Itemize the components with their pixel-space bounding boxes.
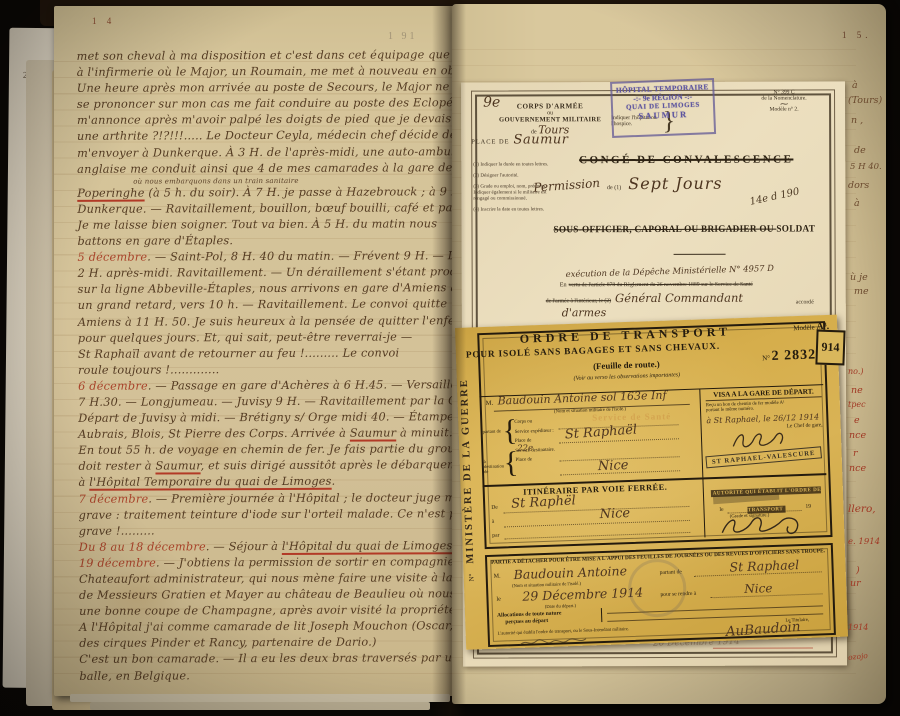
diary-text-segment: 7 décembre	[79, 492, 149, 505]
handwriting-fragment: dors	[848, 180, 869, 191]
diary-text-segment: à l'infirmerie où le Major, un Roumain, …	[77, 64, 460, 79]
diary-text-segment: .	[332, 475, 336, 488]
printed-914-fragment: 914	[815, 330, 845, 366]
diary-text-segment: Dunkerque. — Ravitaillement, bouillon, b…	[77, 201, 460, 216]
diary-text-segment: l'Hôpital du quai de Limoges	[282, 539, 453, 553]
diary-line: un grand retard, vers 10 h. — Ravitaille…	[78, 297, 460, 315]
faint-stamp-number: 1 91	[388, 31, 418, 42]
handwriting-fragment: e. 1914	[848, 537, 880, 547]
diary-line: 6 décembre. — Passage en gare d'Achères …	[78, 377, 460, 395]
diary-line: 2 H. après-midi. Ravitaillement. — Un dé…	[78, 264, 460, 282]
transport-order-form: MINISTÈRE DE LA GUERRE N° ORDRE DE TRANS…	[455, 315, 848, 650]
diary-line: se prononcer sur mon cas me fait conduir…	[77, 95, 460, 113]
diary-text-segment: . — Saint-Pol, 8 H. 40 du matin. — Fréve…	[147, 249, 460, 263]
diary-text-segment: sur la ligne Abbeville-Étaples, nous arr…	[78, 281, 460, 296]
diary-text-segment: se prononcer sur mon cas me fait conduir…	[77, 96, 460, 111]
partant-de-label: partant de	[483, 428, 505, 434]
handwriting-fragment: no.)	[848, 367, 864, 376]
diary-line: balle, en Belgique.	[79, 667, 460, 685]
handwriting-fragment: nce	[849, 430, 866, 441]
m-label: M.	[486, 400, 494, 407]
diary-text-segment: 19 décembre	[79, 556, 156, 569]
itinerary-to-handwritten: Nice	[599, 506, 630, 522]
handwriting-fragment: e	[854, 415, 860, 426]
diary-line: Départ de Juvisy à midi. — Brétigny s/ O…	[78, 409, 460, 427]
handwriting-fragment: à	[854, 198, 860, 209]
handwriting-fragment: ur	[850, 578, 861, 589]
diary-line: En tout 55 h. de voyage en chemin de fer…	[78, 441, 460, 459]
de-label: de (1)	[607, 185, 621, 191]
handwriting-fragment: (Tours)	[848, 95, 882, 106]
diary-text-segment: une bonne coupe de Champagne, après avoi…	[79, 603, 460, 618]
authority-signature	[718, 512, 807, 544]
margin-note: (1) Indiquer la durée en toutes lettres.	[473, 162, 553, 168]
margin-note: (4) Inscrire la date en toutes lettres.	[473, 207, 553, 213]
diary-text-segment: 7 H.30. — Longjumeau. — Juvisy 9 H. — Ra…	[78, 394, 460, 409]
handwriting-fragment: )	[856, 565, 860, 576]
diary-text-segment: une arthrite ?!?!!!..... Le Docteur Ceyl…	[77, 129, 457, 144]
diary-text-segment: C'est un bon camarade. — Il a eu les deu…	[79, 652, 460, 667]
diary-line: grave !.........	[79, 522, 460, 540]
diary-text-segment: pour quelques jours. Et, qui sait, peut-…	[78, 330, 413, 344]
grade-word: OU	[759, 224, 776, 235]
diary-text-segment: balle, en Belgique.	[79, 669, 190, 682]
left-page: 1 4 1 91 met son cheval à ma disposition…	[54, 6, 460, 696]
handwriting-fragment: me	[854, 286, 869, 297]
diary-text-segment: 2 H. après-midi. Ravitaillement. — Un dé…	[78, 265, 460, 280]
handwriting-fragment: nce	[849, 463, 866, 474]
diary-text-segment: Saumur	[155, 460, 200, 473]
allocations-label2: perçues au départ	[505, 618, 548, 625]
par-label: par	[492, 533, 499, 539]
diary-line: doit rester à Saumur, et suis dirigé aus…	[78, 457, 460, 475]
printed-struck-line2: de l'armée à l'intérieur, le (2)Général …	[546, 291, 743, 306]
right-page: 1 5. à(Tours)n ,de5 H 40.dorsàù jemeno.)…	[452, 4, 886, 704]
detach-name-handwritten: Baudouin Antoine	[513, 563, 627, 582]
diary-line: Une heure après mon arrivée au poste de …	[77, 79, 460, 97]
diary-text-segment: Une heure après mon arrivée au poste de …	[77, 80, 460, 95]
diary-line: pour quelques jours. Et, qui sait, peut-…	[78, 329, 460, 347]
diary-text-segment: . — Séjour à	[206, 540, 282, 553]
handwriting-fragment: à	[852, 80, 858, 91]
detach-date-note: (Date du départ.)	[545, 603, 576, 609]
accorde-label: accordé	[796, 299, 814, 305]
diary-line: Amiens à 11 H. 50. Je suis heureux à la …	[78, 313, 460, 331]
detach-to-handwritten: Nice	[744, 581, 773, 596]
handwriting-fragment: 5 H 40.	[850, 162, 882, 172]
le-label: le	[719, 507, 723, 513]
diary-line: met son cheval à ma disposition et c'est…	[77, 47, 460, 65]
diary-text-segment: Poperinghe	[77, 186, 144, 199]
handwriting-fragment: llero,	[848, 503, 876, 515]
a-label: à	[492, 519, 495, 525]
diary-line: de Messieurs Gratien et Mayer au château…	[79, 586, 460, 604]
diary-text-segment: . — Passage en gare d'Achères à 6 H.45. …	[148, 378, 460, 393]
diary-text-segment: un grand retard, vers 10 h. — Ravitaille…	[78, 298, 448, 313]
diary-text-segment: 5 décembre	[77, 251, 147, 264]
diary-text-segment: met son cheval à ma disposition et c'est…	[77, 48, 460, 63]
diary-text-segment: m'annonce après m'avoir palpé les doigts…	[77, 112, 460, 127]
grade-word: SOLDAT	[776, 223, 815, 234]
vertical-bar	[601, 608, 602, 622]
diary-line: m'annonce après m'avoir palpé les doigts…	[77, 112, 460, 130]
diary-text-segment: à	[78, 476, 89, 489]
detachable-frame: PARTIE A DÉTACHER POUR ÊTRE MISE A L'APP…	[485, 543, 836, 647]
diary-line: Chateaufort administrateur, qui nous mèn…	[79, 570, 460, 588]
diary-text-segment: Du 8 au 18 décembre	[79, 540, 206, 554]
diary-line: Dunkerque. — Ravitaillement, bouillon, b…	[77, 200, 460, 218]
diary-text-segment: l'Hôpital Temporaire du quai de Limoges	[89, 475, 331, 489]
unit-handwritten: 22e	[517, 443, 533, 454]
diary-text-segment: battons en gare d'Étaples.	[77, 234, 233, 248]
diary-line: à l'infirmerie où le Major, un Roumain, …	[77, 63, 460, 81]
holder-signature-handwritten: AuBaudoin	[725, 619, 801, 640]
diary-line: Je me laisse bien soigner. Tout va bien.…	[77, 216, 460, 234]
form-title-struck: CONGÉ DE CONVALESCENCE	[561, 153, 811, 166]
handwriting-fragment: 1914	[848, 623, 868, 632]
diary-text-segment: grave !.........	[79, 524, 155, 537]
diary-text-segment: Chateaufort administrateur, qui nous mèn…	[79, 571, 460, 586]
diary-text-segment: Amiens à 11 H. 50. Je suis heureux à la …	[78, 314, 460, 329]
diary-line: une arthrite ?!?!!!..... Le Docteur Ceyl…	[77, 128, 460, 146]
diary-text-segment: St Raphaïl avant de retourner au feu !..…	[78, 346, 399, 360]
handwriting-fragment: n ,	[851, 115, 863, 126]
authority-handwritten: Général Commandant	[615, 291, 743, 305]
diary-line: 7 décembre. — Première journée à l'Hôpit…	[79, 490, 460, 508]
diary-line: C'est un bon camarade. — Il a eu les deu…	[79, 651, 460, 669]
handwriting-fragment: de	[854, 145, 866, 156]
diary-line: m'envoyer à Dunkerque. À 3 H. de l'après…	[77, 144, 460, 162]
diary-line: battons en gare d'Étaples.	[77, 232, 460, 250]
diary-text-segment: En tout 55 h. de voyage en chemin de fer…	[78, 442, 460, 457]
diary-text-segment: 6 décembre	[78, 379, 148, 392]
hopital-temporaire-stamp: HÔPITAL TEMPORAIRE -:- 9e RÉGION -:- QUA…	[610, 78, 716, 138]
diary-line: 19 décembre. — J'obtiens la permission d…	[79, 554, 460, 572]
diary-text-segment: (à 5 h. du soir). À 7 H. je passe à Haze…	[145, 185, 460, 199]
duration-handwritten: Sept Jours	[628, 174, 722, 193]
diary-line: une bonne coupe de Champagne, après avoi…	[79, 602, 460, 620]
diary-text-segment: doit rester à	[78, 460, 155, 473]
diary-text-segment: à minuit.	[396, 426, 453, 439]
de-label: De	[491, 505, 498, 511]
diary-line: des cirques Pinder et Rancy, partenaire …	[79, 635, 460, 653]
armes-handwritten: d'armes	[562, 306, 607, 319]
diary-line: A l'Hôpital j'ai comme camarade de lit J…	[79, 618, 460, 636]
diary-line: St Raphaïl avant de retourner au feu !..…	[78, 345, 460, 363]
grade-line: SOUS-OFFICIER, CAPORAL OU BRIGADIER OU S…	[553, 224, 790, 236]
page-number-left: 1 4	[92, 16, 115, 26]
handwriting-fragment: ozojo	[848, 651, 869, 662]
authority-scribble	[518, 634, 589, 654]
visa-box: VISA A LA GARE DE DÉPART. Reçu un bon de…	[705, 387, 822, 432]
handwriting-fragment: r	[853, 448, 858, 459]
diary-line: Poperinghe (à 5 h. du soir). À 7 H. je p…	[77, 184, 460, 202]
destination-place-handwritten: Nice	[598, 458, 629, 474]
diary-text-segment: Départ de Juvisy à midi. — Brétigny s/ O…	[78, 410, 460, 425]
diary-line: anglaise me conduit ainsi que 4 de mes c…	[77, 160, 460, 178]
book-photo: 2 1 4 1 91 met son cheval à ma dispositi…	[0, 0, 900, 716]
grade-word: OU BRIGADIER	[684, 224, 759, 235]
handwriting-fragment: ù je	[850, 272, 868, 283]
diary-line: roule toujours !.............	[78, 361, 460, 379]
diary-text-segment: m'envoyer à Dunkerque. À 3 H. de l'après…	[77, 145, 460, 160]
grade-word: SOUS-OFFICIER,	[553, 224, 634, 235]
printed-struck-line1: Envertu de l'article 878 du Règlement du…	[560, 281, 753, 289]
allocations-label: Allocations de toute nature	[497, 610, 562, 618]
diary-line: à l'Hôpital Temporaire du quai de Limoge…	[78, 474, 460, 492]
page-number-right: 1 5.	[842, 30, 872, 40]
diary-text-segment: . — J'obtiens la permission de sortir en…	[156, 555, 460, 570]
handwriting-fragment: ne	[851, 385, 863, 396]
diary-text-segment: roule toujours !.............	[78, 363, 219, 377]
divider-rule	[674, 254, 726, 255]
diary-text-segment: A l'Hôpital j'ai comme camarade de lit J…	[79, 619, 460, 634]
handwriting-fragment: tpec	[848, 400, 866, 409]
diary-text-segment: Je me laisse bien soigner. Tout va bien.…	[77, 217, 437, 232]
diary-text-segment: des cirques Pinder et Rancy, partenaire …	[79, 636, 376, 650]
bottom-page-edge	[90, 702, 430, 710]
year-label: 19	[805, 504, 811, 510]
diary-line: sur la ligne Abbeville-Étaples, nous arr…	[78, 280, 460, 298]
m-label: M.	[494, 574, 501, 580]
nomenclature-block: N° 399 C de la Nomenclature. ⁓ Modèle n°…	[753, 89, 815, 112]
diary-line: Du 8 au 18 décembre. — Séjour à l'Hôpita…	[79, 538, 460, 556]
diary-text-segment: anglaise me conduit ainsi que 4 de mes c…	[77, 161, 452, 176]
ghost-stamp: Service de Santé	[592, 411, 671, 422]
detach-date-handwritten: 29 Décembre 1914	[522, 585, 643, 604]
diary-text-segment: de Messieurs Gratien et Mayer au château…	[79, 587, 460, 602]
diary-line: 7 H.30. — Longjumeau. — Juvisy 9 H. — Ra…	[78, 393, 460, 411]
diary-text: met son cheval à ma disposition et c'est…	[77, 47, 460, 684]
permission-handwritten: Permission	[533, 176, 601, 195]
place-handwritten: Saumur	[514, 132, 569, 147]
diary-text-segment: . — Première journée à l'Hôpital ; le do…	[148, 490, 460, 505]
diary-text-segment: Saumur	[350, 427, 396, 440]
diary-text-segment: , et suis dirigé aussitôt après le débar…	[201, 458, 460, 472]
diary-line: Aubrais, Blois, St Pierre des Corps. Arr…	[78, 425, 460, 443]
place-row: PLACE DESaumur	[471, 132, 568, 147]
diary-line: grave : traitement teinture d'iode sur l…	[79, 506, 460, 524]
diary-line: 5 décembre. — Saint-Pol, 8 H. 40 du mati…	[77, 248, 460, 266]
detach-from-handwritten: St Raphael	[729, 557, 799, 574]
ministry-no-label: N°	[468, 574, 476, 582]
grade-word: CAPORAL	[634, 224, 684, 235]
field-label: Corps ou	[514, 418, 584, 426]
bottom-page-edge	[70, 694, 450, 702]
diary-text-segment: grave : traitement teinture d'iode sur l…	[79, 507, 460, 522]
detach-le-label: le	[496, 597, 501, 603]
diary-text-segment: Aubrais, Blois, St Pierre des Corps. Arr…	[78, 427, 350, 441]
